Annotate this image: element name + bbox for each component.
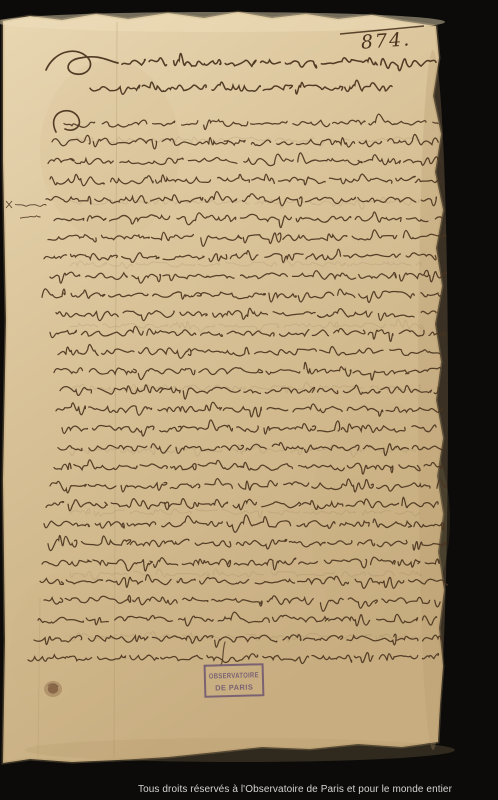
copyright-notice: Tous droits réservés à l'Observatoire de…	[0, 784, 498, 795]
manuscript-scan: 874. OBSERVATOIRE DE PARIS Tous droits r…	[0, 0, 498, 800]
stamp-text-observatoire: OBSERVATOIRE	[209, 670, 259, 680]
archive-number: 874.	[360, 28, 412, 53]
wax-seal	[44, 681, 62, 697]
stamp-text-de-paris: DE PARIS	[215, 682, 253, 692]
manuscript-image: 874. OBSERVATOIRE DE PARIS	[0, 0, 498, 800]
